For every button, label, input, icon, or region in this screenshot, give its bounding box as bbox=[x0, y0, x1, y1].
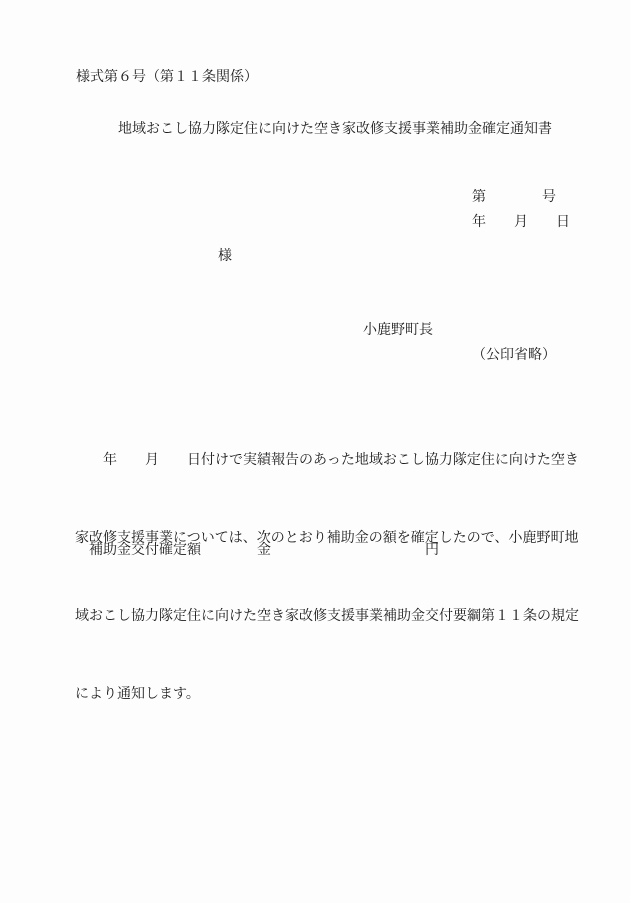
amount-label-gap bbox=[201, 553, 257, 554]
body-line-3: 域おこし協力隊定住に向けた空き家改修支援事業補助金交付要綱第１１条の規定 bbox=[75, 604, 579, 630]
date-day-label: 日 bbox=[556, 215, 570, 230]
document-page: 様式第６号（第１１条関係） 地域おこし協力隊定住に向けた空き家改修支援事業補助金… bbox=[0, 0, 630, 903]
date-year-month-blank bbox=[486, 225, 514, 226]
amount-label: 補助金交付確定額 bbox=[89, 543, 201, 558]
addressee-honorific: 様 bbox=[218, 245, 232, 265]
date-year-label: 年 bbox=[472, 215, 486, 230]
amount-determined-line: 補助金交付確定額金円 bbox=[75, 523, 439, 575]
body-line-1: 年 月 日付けで実績報告のあった地域おこし協力隊定住に向けた空き bbox=[75, 448, 579, 474]
amount-currency-prefix: 金 bbox=[257, 543, 271, 558]
seal-omitted-note: （公印省略） bbox=[472, 344, 556, 364]
body-line-4: により通知します。 bbox=[75, 682, 579, 708]
document-date-line: 年月日 bbox=[458, 195, 570, 247]
date-month-label: 月 bbox=[514, 215, 528, 230]
date-month-day-blank bbox=[528, 225, 556, 226]
amount-value-blank bbox=[271, 553, 425, 554]
form-number: 様式第６号（第１１条関係） bbox=[76, 66, 258, 86]
body-paragraph: 年 月 日付けで実績報告のあった地域おこし協力隊定住に向けた空き 家改修支援事業… bbox=[75, 396, 579, 760]
document-title: 地域おこし協力隊定住に向けた空き家改修支援事業補助金確定通知書 bbox=[118, 118, 552, 138]
sender-title: 小鹿野町長 bbox=[363, 319, 433, 339]
amount-currency-suffix: 円 bbox=[425, 543, 439, 558]
